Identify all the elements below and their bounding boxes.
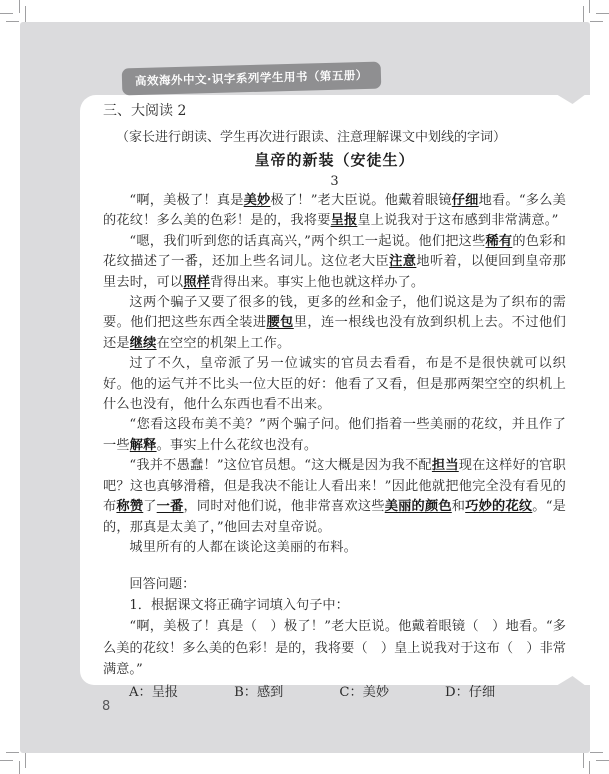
crop-mark — [583, 752, 584, 768]
series-title-label: 高效海外中文·识字系列学生用书（第五册） — [135, 68, 368, 88]
lesson-content: 三、大阅读 2 （家长进行朗读、学生再次进行跟读、注意理解课文中划线的字词） 皇… — [80, 95, 590, 703]
answer-options: A：呈报 B：感到 C：美妙 D：仔细 — [103, 683, 566, 703]
underlined-keyword: 担当 — [432, 458, 459, 473]
story-paragraph: 城里所有的人都在谈论这美丽的布料。 — [103, 538, 566, 558]
crop-mark — [596, 760, 609, 761]
option-c: C：美妙 — [339, 683, 389, 703]
option-b: B：感到 — [234, 683, 283, 703]
question-1-label: 1．根据课文将正确字词填入句子中： — [103, 595, 566, 616]
underlined-keyword: 继续 — [130, 336, 157, 351]
part-number: 3 — [103, 173, 566, 191]
underlined-keyword: 照样 — [183, 275, 210, 290]
instruction-note: （家长进行朗读、学生再次进行跟读、注意理解课文中划线的字词） — [103, 128, 566, 147]
crop-mark — [0, 13, 13, 14]
crop-mark — [589, 761, 590, 774]
crop-mark — [596, 13, 609, 14]
underlined-keyword: 巧妙的花纹 — [465, 499, 532, 514]
underlined-keyword: 注意 — [389, 254, 416, 269]
underlined-keyword: 一番 — [157, 499, 184, 514]
story-text: “啊，美极了！真是美妙极了！”老大臣说。他戴着眼镜仔细地看。“多么美的花纹！多么… — [103, 191, 566, 558]
underlined-keyword: 美丽的颜色 — [385, 499, 452, 514]
textbook-page-scan: { "header_badge": "高效海外中文·识字系列学生用书（第五册）"… — [0, 0, 609, 774]
story-paragraph: “啊，美极了！真是美妙极了！”老大臣说。他戴着眼镜仔细地看。“多么美的花纹！多么… — [103, 191, 566, 232]
crop-mark — [6, 21, 19, 22]
crop-mark — [19, 761, 20, 774]
crop-mark — [583, 6, 584, 22]
crop-mark — [6, 752, 19, 753]
page-number: 8 — [102, 699, 110, 714]
crop-mark — [19, 0, 20, 13]
option-a: A：呈报 — [129, 683, 178, 703]
option-d: D：仔细 — [445, 683, 495, 703]
underlined-keyword: 称赞 — [116, 499, 143, 514]
crop-mark — [590, 21, 603, 22]
crop-mark — [25, 6, 26, 22]
section-heading: 三、大阅读 2 — [103, 100, 566, 122]
question-1-text: “啊，美极了！真是（ ）极了！”老大臣说。他戴着眼镜（ ）地看。“多么美的花纹！… — [103, 616, 566, 681]
crop-mark — [589, 0, 590, 13]
crop-mark — [0, 760, 13, 761]
underlined-keyword: 仔细 — [452, 193, 479, 208]
underlined-keyword: 呈报 — [331, 213, 358, 228]
underlined-keyword: 腰包 — [267, 315, 294, 330]
story-paragraph: “您看这段布美不美？”两个骗子问。他们指着一些美丽的花纹，并且作了一些解释。事实… — [103, 415, 566, 456]
crop-mark — [25, 752, 26, 768]
crop-mark — [590, 752, 603, 753]
story-title: 皇帝的新装（安徒生） — [103, 150, 566, 171]
story-paragraph: “嗯，我们听到您的话真高兴，”两个织工一起说。他们把这些稀有的色彩和花纹描述了一… — [103, 232, 566, 293]
underlined-keyword: 美妙 — [244, 193, 271, 208]
story-paragraph: 过了不久，皇帝派了另一位诚实的官员去看看，布是不是很快就可以织好。他的运气并不比… — [103, 354, 566, 415]
underlined-keyword: 稀有 — [486, 234, 513, 249]
story-paragraph: “我并不愚蠢！”这位官员想。“这大概是因为我不配担当现在这样好的官职吧？这也真够… — [103, 456, 566, 538]
story-paragraph: 这两个骗子又要了很多的钱，更多的丝和金子，他们说这是为了织布的需要。他们把这些东… — [103, 293, 566, 354]
questions-heading: 回答问题： — [103, 575, 566, 595]
underlined-keyword: 解释 — [130, 438, 157, 453]
content-card: 三、大阅读 2 （家长进行朗读、学生再次进行跟读、注意理解课文中划线的字词） 皇… — [80, 95, 590, 685]
